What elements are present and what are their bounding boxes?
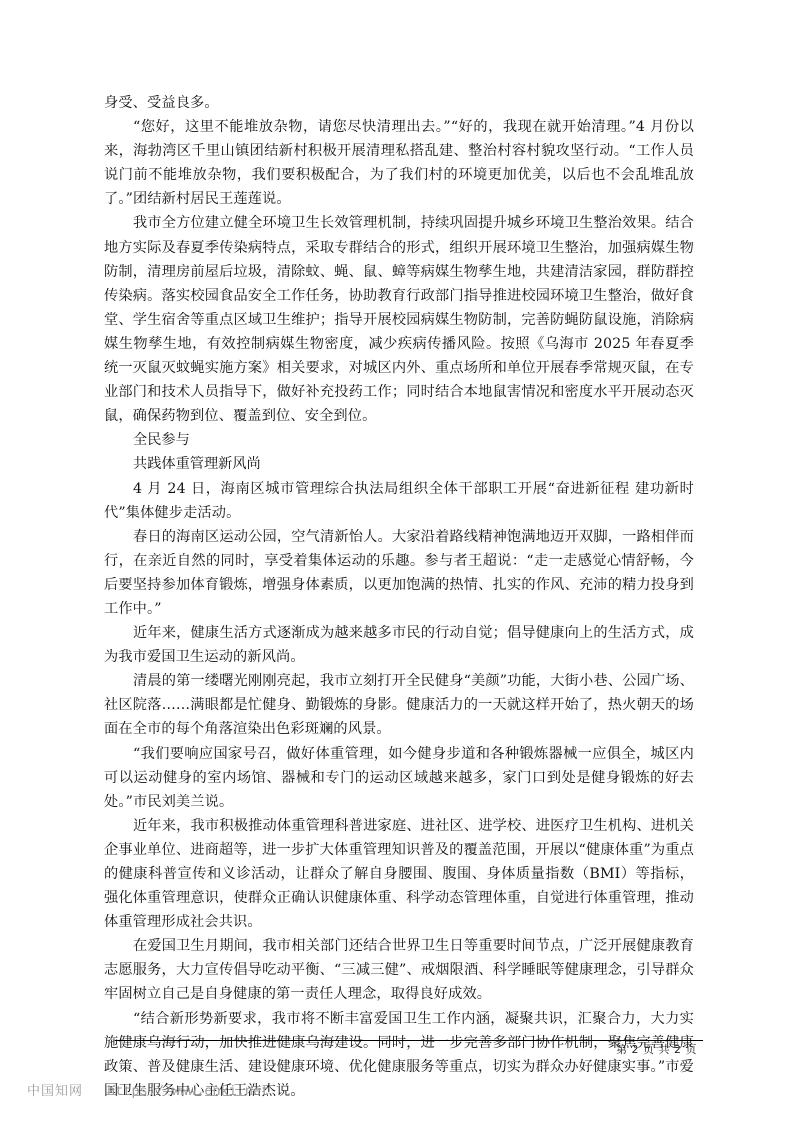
- watermark-site-name: 中国知网: [27, 1084, 83, 1099]
- section-heading: 全民参与: [104, 428, 694, 452]
- paragraph: 我市全方位建立健全环境卫生长效管理机制，持续巩固提升城乡环境卫生整治效果。结合地…: [104, 211, 694, 428]
- page-number: 第 2 页 共 2 页: [616, 1041, 697, 1057]
- watermark-url[interactable]: https://www.cnki.net: [107, 1085, 269, 1100]
- article-body: 身受、受益良多。 “您好，这里不能堆放杂物，请您尽快清理出去。”“好的，我现在就…: [104, 91, 694, 1103]
- paragraph: 春日的海南区运动公园，空气清新怡人。大家沿着路线精神饱满地迈开双脚，一路相伴而行…: [104, 525, 694, 621]
- paragraph: “我们要响应国家号召，做好体重管理，如今健身步道和各种锻炼器械一应俱全，城区内可…: [104, 742, 694, 814]
- paragraph: 在爱国卫生月期间，我市相关部门还结合世界卫生日等重要时间节点，广泛开展健康教育志…: [104, 934, 694, 1006]
- footer-divider: [115, 1040, 703, 1041]
- paragraph: 近年来，我市积极推动体重管理科普进家庭、进社区、进学校、进医疗卫生机构、进机关企…: [104, 814, 694, 934]
- watermark: 中国知网 https://www.cnki.net: [27, 1080, 269, 1100]
- section-subheading: 共践体重管理新风尚: [104, 452, 694, 476]
- paragraph: 近年来，健康生活方式逐渐成为越来越多市民的行动自觉；倡导健康向上的生活方式，成为…: [104, 621, 694, 669]
- paragraph: 4 月 24 日，海南区城市管理综合执法局组织全体干部职工开展“奋进新征程 建功…: [104, 477, 694, 525]
- paragraph: “您好，这里不能堆放杂物，请您尽快清理出去。”“好的，我现在就开始清理。”4 月…: [104, 115, 694, 211]
- paragraph-continuation: 身受、受益良多。: [104, 91, 694, 115]
- paragraph: 清晨的第一缕曙光刚刚亮起，我市立刻打开全民健身“美颜”功能，大街小巷、公园广场、…: [104, 669, 694, 741]
